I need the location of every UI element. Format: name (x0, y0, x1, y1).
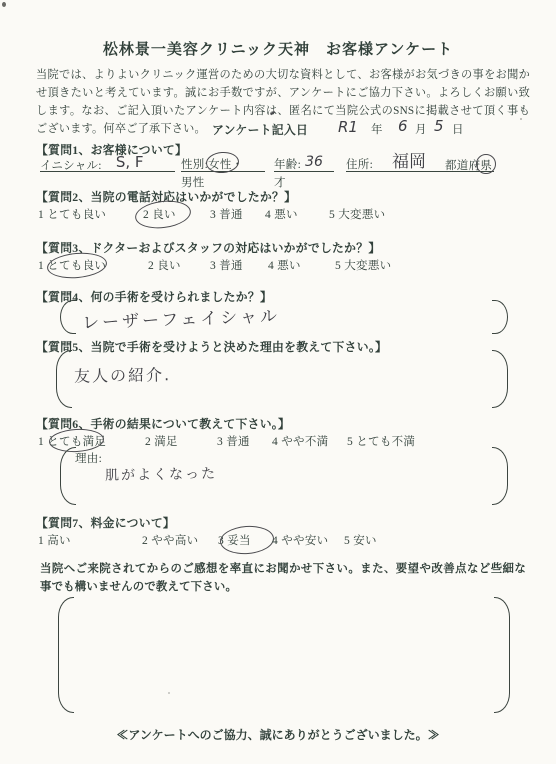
q3-option-5: 5 大変悪い (335, 257, 391, 273)
q3-option-3: 3 普通 (210, 257, 243, 273)
q6-reason-box: 理由: 肌がよくなった (60, 447, 508, 505)
q7-option-4: 4 やや安い (272, 532, 328, 548)
age-field: 年齢: 36 才 (274, 155, 334, 172)
age-label: 年齢: (274, 159, 301, 171)
footer-thanks: ≪アンケートへのご協力、誠にありがとうございました。≫ (0, 726, 556, 743)
question-3-header: 【質問3、ドクターおよびスタッフの対応はいかがでしたか？】 (36, 239, 380, 256)
question-1-row: イニシャル: S, F 性別:女性・男性 年齢: 36 才 住所: 福岡 都道府… (0, 155, 556, 177)
q3-option-1: 1 とても良い (38, 257, 106, 273)
address-handwritten: 福岡 (392, 147, 426, 172)
q5-answer-box: 友人の紹介. (56, 350, 508, 408)
q4-answer-box: レーザーフェイシャル (60, 300, 508, 334)
date-day-handwritten: 5 (434, 117, 444, 135)
gender-option-female: 女性 (208, 159, 232, 171)
question-2-header: 【質問2、当院の電話対応はいかがでしたか？】 (36, 188, 296, 205)
age-handwritten: 36 (305, 154, 323, 170)
scan-speck (2, 2, 6, 7)
q3-option-1-label: 1 とても良い (38, 260, 106, 272)
question-6-header: 【質問6、手術の結果について教えて下さい。】 (36, 415, 290, 432)
prefecture-label: 都道府県 (445, 157, 492, 173)
q3-option-2: 2 良い (148, 257, 181, 273)
q7-option-3-label: 3 妥当 (218, 535, 251, 547)
date-day-unit: 日 (452, 121, 464, 137)
closing-prompt: 当院へご来院されてからのご感想を率直にお聞かせ下さい。また、要望や改善点など些細… (40, 560, 526, 596)
q3-option-4: 4 悪い (268, 257, 301, 273)
question-7-options: 1 高い 2 やや高い 3 妥当 4 やや安い 5 安い (38, 532, 538, 552)
date-month-handwritten: 6 (398, 117, 408, 135)
q2-option-4: 4 悪い (265, 206, 298, 222)
q7-option-2: 2 やや高い (142, 532, 198, 548)
date-label: アンケート記入日 (212, 121, 308, 138)
initials-field: イニシャル: S, F (40, 155, 175, 172)
q6-handwritten-reason: 肌がよくなった (105, 463, 217, 485)
initials-handwritten: S, F (116, 153, 144, 171)
question-3-options: 1 とても良い 2 良い 3 普通 4 悪い 5 大変悪い (38, 257, 538, 277)
question-2-options: 1 とても良い 2 良い 3 普通 4 悪い 5 大変悪い (38, 206, 538, 226)
q2-option-1: 1 とても良い (38, 206, 106, 222)
scanned-survey-page: 松林景一美容クリニック天神 お客様アンケート 当院では、よりよいクリニック運営の… (0, 0, 556, 764)
date-row: アンケート記入日 R1 年 6 月 5 日 (0, 121, 556, 141)
q2-option-2-label: 2 良い (143, 209, 176, 221)
date-year-handwritten: R1 (338, 118, 358, 136)
question-7-header: 【質問7、料金について】 (36, 514, 175, 531)
q4-handwritten-answer: レーザーフェイシャル (82, 302, 281, 334)
closing-comment-box (58, 597, 510, 713)
q7-option-3: 3 妥当 (218, 532, 251, 548)
address-label: 住所: (346, 159, 373, 171)
gender-separator: ・ (232, 159, 244, 171)
gender-label: 性別: (181, 159, 208, 171)
address-field: 住所: 福岡 都道府県 (346, 155, 494, 172)
q5-handwritten-answer: 友人の紹介. (74, 362, 171, 387)
date-year-unit: 年 (371, 121, 383, 137)
gender-field: 性別:女性・男性 (181, 155, 265, 172)
q2-option-2: 2 良い (143, 206, 176, 222)
initials-label: イニシャル: (40, 160, 102, 172)
q2-option-5: 5 大変悪い (329, 206, 385, 222)
q2-option-3: 3 普通 (210, 206, 243, 222)
q7-option-5: 5 安い (344, 532, 377, 548)
page-title: 松林景一美容クリニック天神 お客様アンケート (0, 38, 556, 59)
q6-reason-label: 理由: (75, 450, 102, 466)
date-month-unit: 月 (415, 121, 427, 137)
q7-option-1: 1 高い (38, 532, 71, 548)
